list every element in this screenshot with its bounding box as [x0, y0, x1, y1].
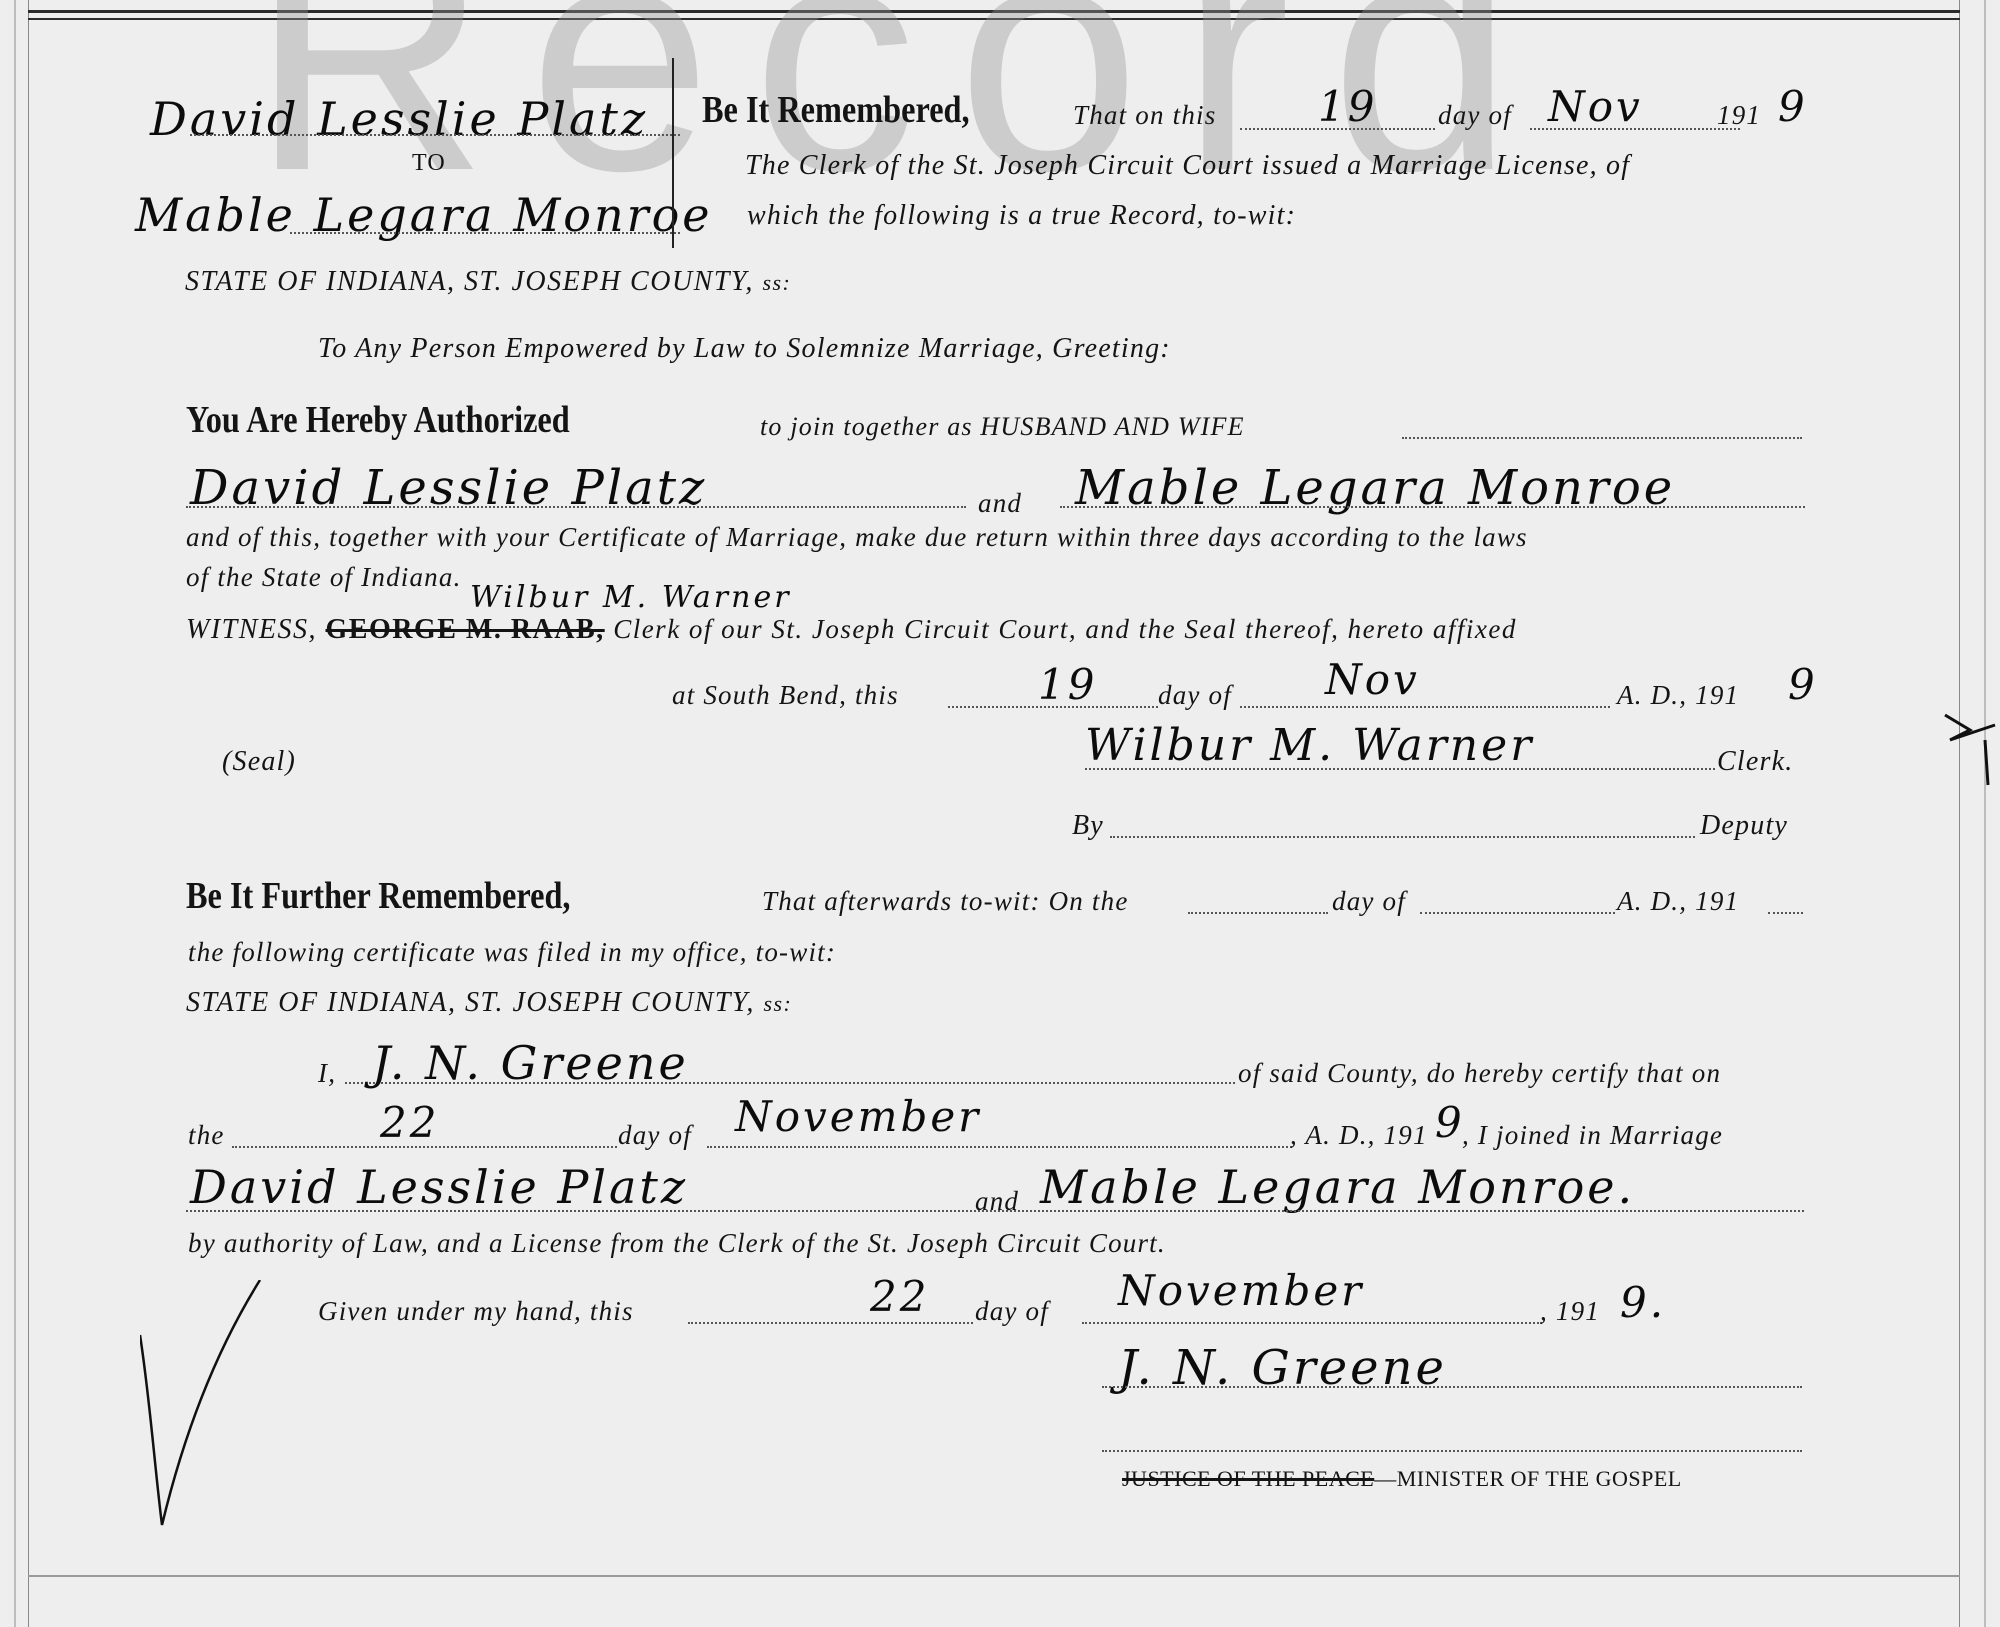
page-edge-right	[1984, 0, 1986, 1627]
return-instructions-text: and of this, together with your Certific…	[186, 522, 1528, 553]
further-remembered-heading: Be It Further Remembered,	[186, 874, 571, 918]
filed-ad-year: A. D., 191	[1617, 886, 1739, 917]
be-it-remembered-heading: Be It Remembered,	[702, 88, 970, 132]
groom-name-line	[190, 134, 680, 136]
page-border-right	[1959, 0, 1960, 1627]
certificate-names-line	[186, 1210, 1804, 1212]
top-rule-inner	[28, 18, 1960, 20]
state-county-heading: STATE OF INDIANA, ST. JOSEPH COUNTY, ss:	[185, 266, 791, 298]
certify-text: of said County, do hereby certify that o…	[1238, 1058, 1721, 1089]
license-day-handwritten: 19	[1318, 82, 1377, 131]
license-and-label: and	[978, 488, 1022, 519]
marriage-ad-year-prefix: , A. D., 191	[1290, 1120, 1428, 1151]
filed-year-line	[1768, 912, 1803, 914]
bride-name-line	[290, 232, 680, 234]
top-rule	[28, 10, 1960, 13]
filed-day-line	[1188, 912, 1328, 914]
given-under-text: Given under my hand, this	[318, 1296, 634, 1327]
authorized-heading: You Are Hereby Authorized	[186, 398, 570, 442]
filed-line-text: the following certificate was filed in m…	[188, 937, 836, 968]
groom-name-handwritten: David Lesslie Platz	[150, 92, 648, 146]
license-groom-line	[186, 506, 966, 508]
seal-day-handwritten: 19	[1038, 660, 1097, 709]
seal-month-line	[1240, 706, 1610, 708]
license-bride-line	[1060, 506, 1805, 508]
state-county-text: STATE OF INDIANA, ST. JOSEPH COUNTY,	[185, 266, 754, 297]
certificate-bride-handwritten: Mable Legara Monroe.	[1040, 1160, 1635, 1214]
seal-day-of-label: day of	[1158, 680, 1232, 711]
the-label: the	[188, 1120, 225, 1151]
given-day-handwritten: 22	[870, 1272, 929, 1321]
clerk-label: Clerk.	[1717, 746, 1793, 778]
witness-line: WITNESS, GEORGE M. RAAB, Clerk of our St…	[186, 614, 1517, 646]
page-border-left	[28, 0, 29, 1627]
marriage-day-of-label: day of	[618, 1120, 692, 1151]
title-dash: —	[1374, 1466, 1397, 1491]
clerk-issued-text: The Clerk of the St. Joseph Circuit Cour…	[745, 150, 1630, 182]
header-divider	[672, 58, 674, 248]
given-day-line	[688, 1322, 973, 1324]
seal-year-handwritten: 9	[1788, 660, 1818, 709]
given-year-handwritten: 9.	[1620, 1278, 1666, 1327]
marriage-day-handwritten: 22	[380, 1098, 439, 1147]
return-state-county-text: STATE OF INDIANA, ST. JOSEPH COUNTY,	[186, 987, 755, 1018]
certificate-groom-handwritten: David Lesslie Platz	[190, 1160, 688, 1214]
greeting-text: To Any Person Empowered by Law to Solemn…	[318, 333, 1171, 365]
given-year-prefix: , 191	[1540, 1296, 1600, 1327]
given-month-handwritten: November	[1118, 1266, 1364, 1315]
license-month-handwritten: Nov	[1548, 82, 1643, 131]
certificate-and-label: and	[975, 1186, 1019, 1217]
join-together-text: to join together as HUSBAND AND WIFE	[760, 412, 1245, 442]
that-on-this-label: That on this	[1073, 100, 1216, 131]
marriage-month-line	[707, 1146, 1292, 1148]
checkmark-icon	[140, 1280, 280, 1530]
by-label: By	[1072, 810, 1104, 842]
deputy-label: Deputy	[1700, 810, 1788, 842]
page-edge-left	[14, 0, 16, 1627]
filed-month-line	[1420, 912, 1615, 914]
seal-label: (Seal)	[222, 746, 296, 778]
year-prefix: 191	[1717, 100, 1761, 131]
bottom-rule	[28, 1575, 1960, 1577]
officiant-signature-line	[1102, 1386, 1802, 1388]
seal-ad-year-prefix: A. D., 191	[1617, 680, 1739, 711]
true-record-text: which the following is a true Record, to…	[747, 200, 1296, 232]
officiant-name-handwritten: J. N. Greene	[372, 1036, 689, 1090]
seal-month-handwritten: Nov	[1325, 655, 1420, 704]
at-south-bend-label: at South Bend, this	[672, 680, 899, 711]
officiant-title: JUSTICE OF THE PEACE—MINISTER OF THE GOS…	[1122, 1466, 1682, 1492]
filed-day-of-label: day of	[1332, 886, 1406, 917]
to-label: TO	[412, 150, 446, 177]
minister-title: MINISTER OF THE GOSPEL	[1397, 1466, 1682, 1491]
marriage-month-handwritten: November	[735, 1092, 981, 1141]
marriage-record-page: Record David Lesslie Platz TO Mable Lega…	[0, 0, 2000, 1627]
return-ss-label: ss:	[763, 991, 792, 1016]
clerk-signature-line	[1085, 768, 1715, 770]
day-of-label: day of	[1438, 100, 1512, 131]
witness-label: WITNESS,	[186, 614, 317, 645]
clerk-name-insert-handwritten: Wilbur M. Warner	[470, 580, 792, 615]
ss-label: ss:	[762, 270, 791, 295]
return-state-county-heading: STATE OF INDIANA, ST. JOSEPH COUNTY, ss:	[186, 987, 792, 1019]
given-month-line	[1082, 1322, 1542, 1324]
deputy-line	[1110, 836, 1695, 838]
clerk-signature-handwritten: Wilbur M. Warner	[1085, 720, 1534, 771]
license-year-handwritten: 9	[1778, 82, 1808, 131]
struck-justice-title: JUSTICE OF THE PEACE	[1122, 1466, 1374, 1491]
margin-tick-icon	[1940, 700, 2000, 790]
witness-rest-text: Clerk of our St. Joseph Circuit Court, a…	[613, 614, 1517, 644]
given-day-of-label: day of	[975, 1296, 1049, 1327]
struck-clerk-name: GEORGE M. RAAB,	[326, 614, 605, 645]
join-line	[1402, 437, 1802, 439]
state-of-indiana-text: of the State of Indiana.	[186, 562, 462, 593]
i-label: I,	[318, 1058, 336, 1089]
marriage-year-handwritten: 9	[1435, 1098, 1465, 1147]
authority-text: by authority of Law, and a License from …	[188, 1228, 1166, 1259]
afterwards-text: That afterwards to-wit: On the	[762, 886, 1129, 917]
joined-in-marriage-text: , I joined in Marriage	[1462, 1120, 1723, 1151]
officiant-title-line	[1102, 1450, 1802, 1452]
